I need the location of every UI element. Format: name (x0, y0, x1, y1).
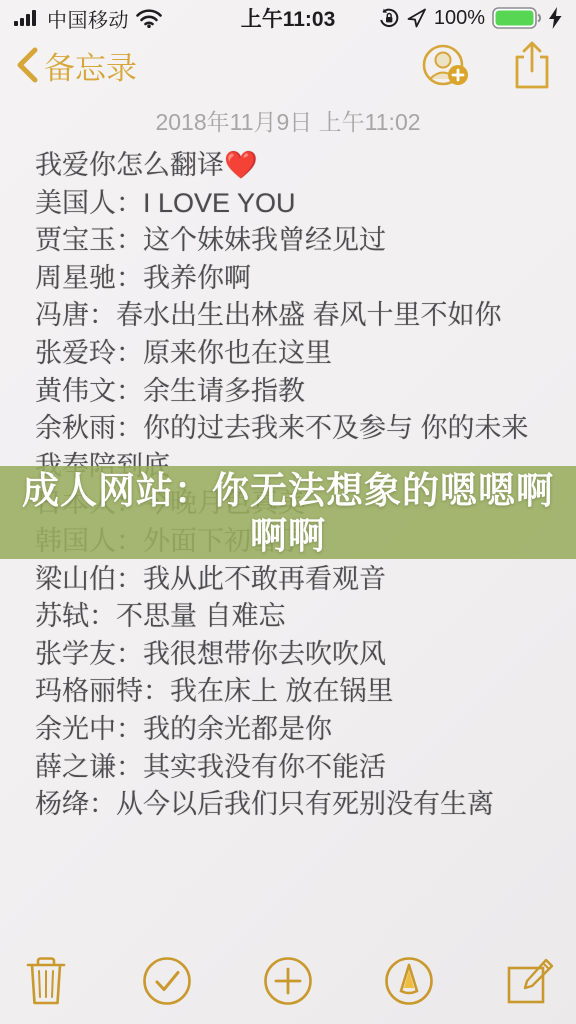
note-line: 梁山伯：我从此不敢再看观音 (35, 561, 537, 599)
note-title-line: 我爱你怎么翻译❤️ (35, 147, 537, 185)
bottom-toolbar (0, 946, 576, 1024)
orientation-lock-icon (378, 7, 400, 29)
battery-icon (492, 6, 542, 30)
marker-circle-icon[interactable] (381, 953, 437, 1009)
signal-icon (14, 9, 40, 27)
note-line: 张学友：我很想带你去吹吹风 (35, 636, 537, 674)
note-line: 苏轼：不思量 自难忘 (35, 598, 537, 636)
trash-icon[interactable] (18, 953, 74, 1009)
back-button-label: 备忘录 (44, 43, 137, 88)
nav-right-cluster (418, 37, 560, 93)
note-line: 贾宝玉：这个妹妹我曾经见过 (35, 222, 537, 260)
watermark-text-line1: 成人网站：你无法想象的嗯嗯啊 (22, 468, 554, 513)
compose-icon[interactable] (502, 953, 558, 1009)
add-circle-icon[interactable] (260, 953, 316, 1009)
status-bar: 中国移动 上午11:03 (0, 0, 576, 32)
note-line: 周星驰：我养你啊 (35, 260, 537, 298)
note-line: 薛之谦：其实我没有你不能活 (35, 749, 537, 787)
note-line: 玛格丽特：我在床上 放在锅里 (35, 673, 537, 711)
share-icon[interactable] (504, 37, 560, 93)
note-title-text: 我爱你怎么翻译 (35, 150, 224, 180)
check-circle-icon[interactable] (139, 953, 195, 1009)
chevron-left-icon (16, 47, 38, 83)
charging-bolt-icon (549, 7, 562, 29)
note-body[interactable]: 2018年11月9日 上午11:02 我爱你怎么翻译❤️ 美国人：I LOVE … (0, 98, 576, 824)
nav-bar: 备忘录 (0, 34, 576, 96)
back-button[interactable]: 备忘录 (16, 43, 137, 88)
note-line: 黄伟文：余生请多指教 (35, 373, 537, 411)
note-line: 张爱玲：原来你也在这里 (35, 335, 537, 373)
note-line: 余光中：我的余光都是你 (35, 711, 537, 749)
watermark-banner: 成人网站：你无法想象的嗯嗯啊 啊啊 (0, 466, 576, 559)
notes-app-screen: 中国移动 上午11:03 (0, 0, 576, 1024)
red-heart-emoji: ❤️ (224, 150, 258, 180)
wifi-icon (136, 9, 162, 28)
carrier-label: 中国移动 (47, 4, 129, 33)
status-left-cluster: 中国移动 (14, 4, 162, 33)
note-line: 美国人：I LOVE YOU (35, 185, 537, 223)
location-icon (407, 8, 427, 28)
battery-percent-label: 100% (434, 7, 485, 30)
watermark-text-line2: 啊啊 (250, 513, 326, 558)
note-line: 冯唐：春水出生出林盛 春风十里不如你 (35, 297, 537, 335)
note-date: 2018年11月9日 上午11:02 (0, 104, 576, 137)
note-line: 杨绛：从今以后我们只有死别没有生离 (35, 786, 537, 824)
add-collaborator-button[interactable] (418, 37, 474, 93)
status-right-cluster: 100% (378, 6, 562, 30)
